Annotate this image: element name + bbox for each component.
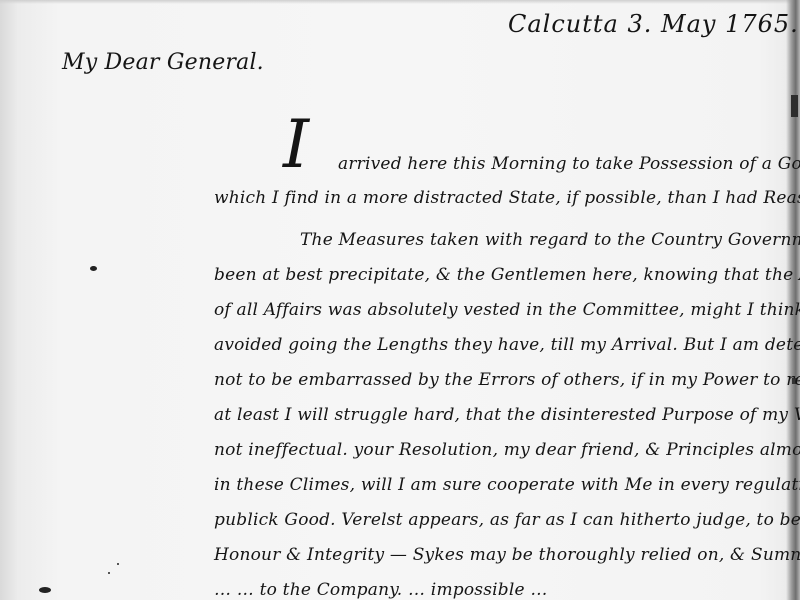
- letter-line: publick Good. Verelst appears, as far as…: [214, 510, 800, 530]
- letter-line: … … to the Company. … impossible …: [214, 580, 548, 600]
- letter-line: Honour & Integrity — Sykes may be thorou…: [214, 545, 800, 565]
- letter-line: of all Affairs was absolutely vested in …: [214, 300, 800, 320]
- binding-mark: [791, 95, 798, 117]
- letter-line: in these Climes, will I am sure cooperat…: [214, 475, 800, 495]
- salutation: My Dear General.: [62, 50, 264, 75]
- letter-line: arrived here this Morning to take Posses…: [338, 154, 800, 174]
- ink-blot: [39, 587, 51, 593]
- letter-line: not ineffectual. your Resolution, my dea…: [214, 440, 800, 460]
- letter-line: not to be embarrassed by the Errors of o…: [214, 370, 800, 390]
- ink-blot: [90, 266, 97, 271]
- decorated-initial: I: [283, 112, 309, 178]
- letter-line: which I find in a more distracted State,…: [214, 188, 800, 208]
- letter-line: The Measures taken with regard to the Co…: [300, 230, 800, 250]
- ink-speck: [108, 572, 110, 574]
- letter-line: at least I will struggle hard, that the …: [214, 405, 800, 425]
- letter-line: avoided going the Lengths they have, til…: [214, 335, 800, 355]
- page-top-edge: [0, 0, 800, 4]
- ink-speck: [117, 563, 119, 565]
- letter-line: been at best precipitate, & the Gentleme…: [214, 265, 800, 285]
- manuscript-page: Calcutta 3. May 1765. My Dear General. I…: [0, 0, 800, 600]
- dateline: Calcutta 3. May 1765.: [508, 10, 799, 38]
